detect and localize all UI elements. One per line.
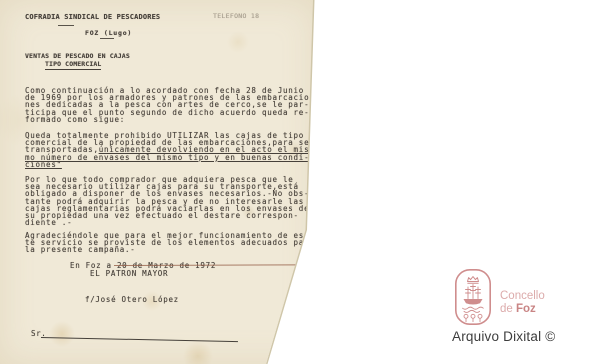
- screenshot: COFRADIA SINDICAL DE PESCADORES FOZ (Lug…: [0, 0, 600, 364]
- watermark-org-line1: Concello: [500, 290, 545, 303]
- trees-icon: [464, 314, 482, 321]
- paragraph-4: Agradeciéndole que para el mejor funcion…: [25, 232, 317, 254]
- watermark-org-bold: Foz: [516, 303, 536, 315]
- typed-line: la presente campaña.-: [25, 246, 317, 253]
- letterhead-divider: [58, 25, 74, 26]
- crown-icon: [468, 277, 479, 284]
- document-title-underlined: TIPO COMERCIAL: [45, 60, 101, 70]
- concello-de-foz-crest-icon: [454, 268, 492, 326]
- letterhead-divider: [100, 38, 114, 39]
- addressee-blank-line: [41, 337, 238, 342]
- letterhead-place: FOZ (Lugo): [85, 29, 132, 37]
- typed-line: mo número de envases del mismo tipo y en…: [25, 154, 317, 161]
- signer-title: EL PATRON MAYOR: [90, 269, 168, 278]
- paragraph-2: Queda totalmente prohibido UTILIZAR las …: [25, 132, 317, 168]
- document-title-line1: VENTAS DE PESCADO EN CAJAS: [25, 52, 130, 60]
- ship-icon: [464, 285, 483, 305]
- document-title-line2: TIPO COMERCIAL: [45, 60, 101, 68]
- typed-line: formado como sigue:: [25, 116, 317, 123]
- archive-caption: Arquivo Dixital ©: [452, 329, 555, 344]
- watermark-org-line2: de Foz: [500, 303, 545, 316]
- scanned-document: COFRADIA SINDICAL DE PESCADORES FOZ (Lug…: [0, 0, 316, 364]
- watermark-org-name: Concello de Foz: [500, 290, 545, 316]
- paragraph-3: Por lo que todo comprador que adquiera p…: [25, 176, 317, 226]
- letterhead-organization: COFRADIA SINDICAL DE PESCADORES: [25, 13, 160, 21]
- typed-line: diente .-: [25, 219, 317, 226]
- signature-name: f/José Otero López: [85, 295, 179, 304]
- letterhead-telephone: TELEFONO 18: [213, 12, 259, 20]
- paragraph-1: Como continuación a lo acordado con fech…: [25, 87, 317, 123]
- waves-icon: [463, 307, 484, 312]
